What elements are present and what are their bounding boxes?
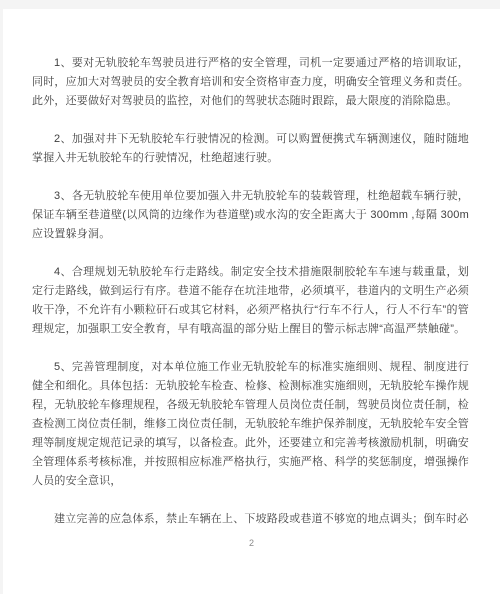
paragraph: 建立完善的应急体系，禁止车辆在上、下坡路段或巷道不够宽的地点调头；倒车时必 [32, 510, 469, 529]
paragraph: 4、合理规划无轨胶轮车行走路线。制定安全技术措施限制胶轮车车速与载重量，划定行走… [32, 263, 469, 339]
paragraph: 1、要对无轨胶轮车驾驶员进行严格的安全管理，司机一定要通过严格的培训取证，同时，… [32, 54, 469, 111]
paragraph: 5、完善管理制度，对本单位施工作业无轨胶轮车的标准实施细则、规程、制度进行健全和… [32, 358, 469, 491]
document-page: 1、要对无轨胶轮车驾驶员进行严格的安全管理，司机一定要通过严格的培训取证，同时，… [3, 9, 500, 594]
page-number: 2 [3, 537, 500, 549]
paragraph: 2、加强对井下无轨胶轮车行驶情况的检测。可以购置便携式车辆测速仪，随时随地掌握入… [32, 130, 469, 168]
document-text: 1、要对无轨胶轮车驾驶员进行严格的安全管理，司机一定要通过严格的培训取证，同时，… [32, 54, 469, 548]
page-top-gutter [0, 0, 500, 9]
paragraph: 3、各无轨胶轮车使用单位要加强入井无轨胶轮车的装载管理，杜绝超载车辆行驶，保证车… [32, 187, 469, 244]
